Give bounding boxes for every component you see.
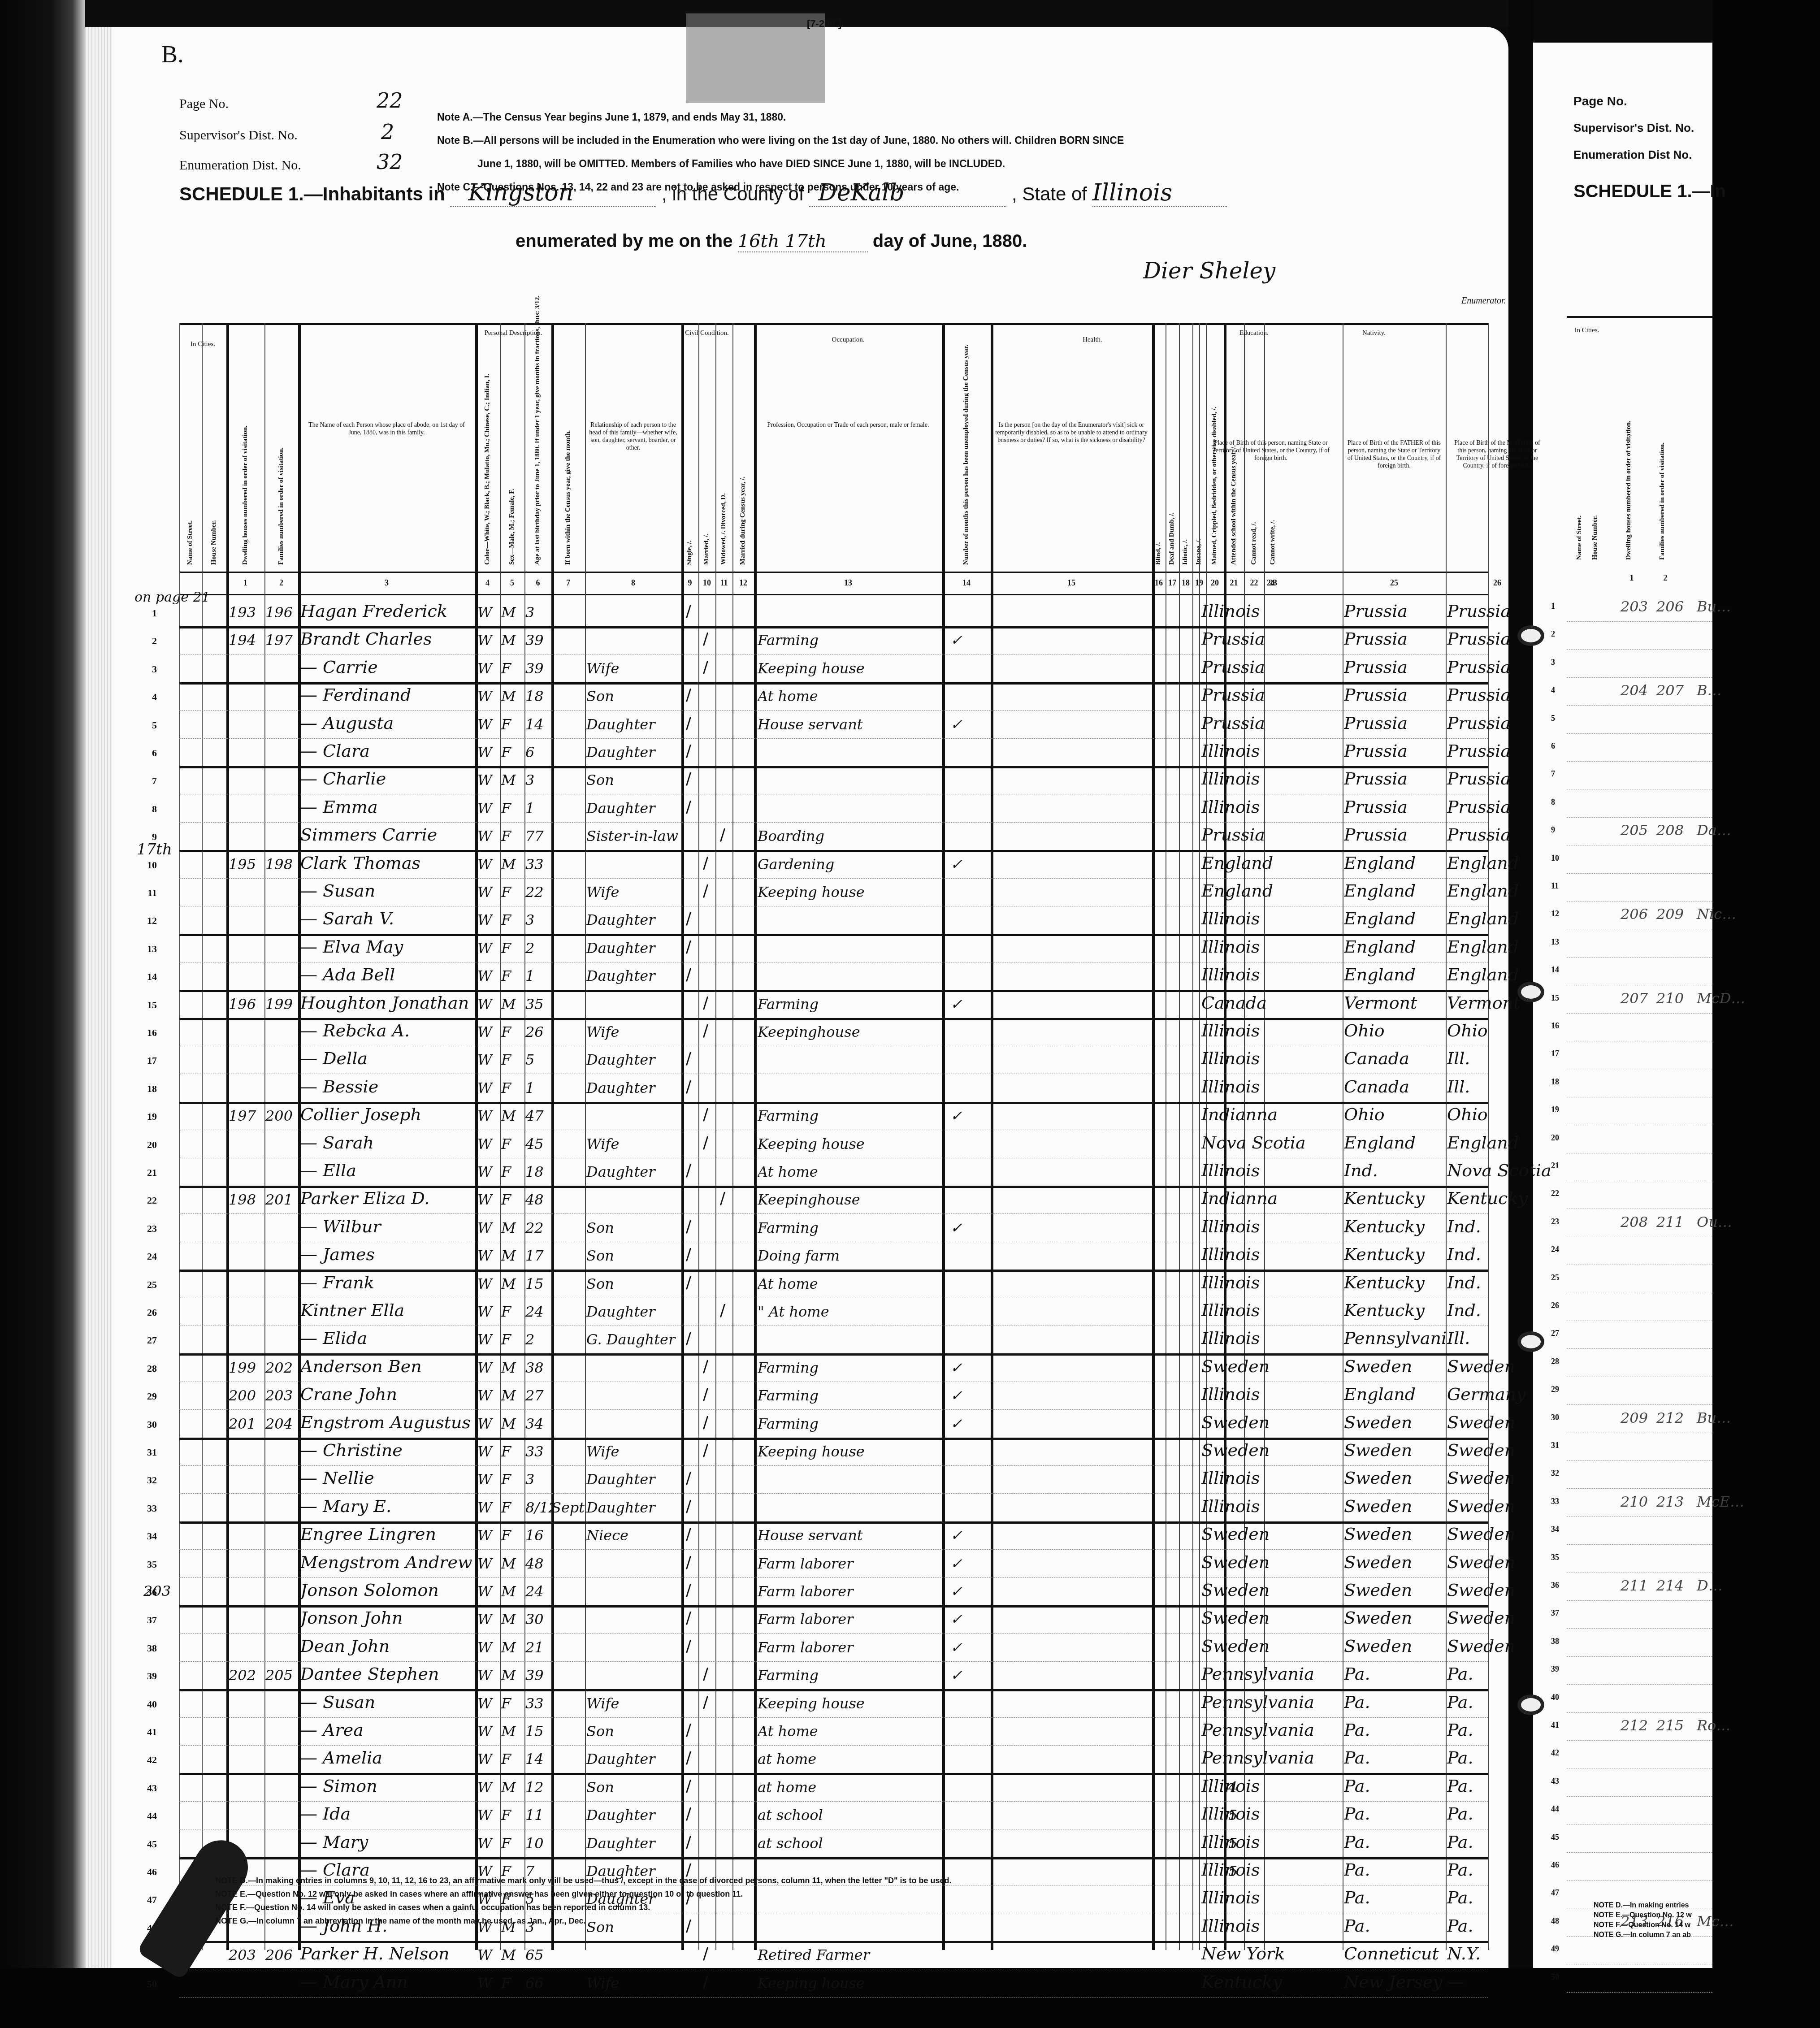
next-page-row: 40 — [1567, 1685, 1712, 1713]
column-number-24: 24 — [1199, 578, 1343, 588]
color-value: W — [477, 1975, 498, 1992]
person-name: — Mary E. — [300, 1496, 475, 1516]
table-row: 2194197Brandt CharlesWM39/Farming✓Prussi… — [179, 626, 1488, 654]
family-number: 201 — [265, 1191, 299, 1208]
civil-condition-mark: / — [703, 1441, 708, 1460]
form-letter: B. — [161, 40, 184, 68]
father-birthplace-value: England — [1344, 909, 1446, 928]
table-row: 38Dean JohnWM21/Farm laborer✓SwedenSwede… — [179, 1634, 1488, 1662]
mother-birthplace-value: Pa. — [1447, 1860, 1550, 1880]
person-name: — Area — [300, 1720, 475, 1740]
person-name: — Emma — [300, 797, 475, 817]
age-value: 47 — [525, 1107, 552, 1124]
next-colnum-1: 1 — [1625, 573, 1638, 583]
mother-birthplace-value: Prussia — [1447, 797, 1550, 817]
column-number-1: 1 — [226, 578, 264, 588]
civil-condition-mark: / — [703, 1413, 708, 1432]
father-birthplace-value: Pa. — [1344, 1776, 1446, 1796]
column-number-9: 9 — [681, 578, 698, 588]
civil-condition-mark: / — [703, 994, 708, 1012]
next-line-number: 21 — [1551, 1161, 1559, 1170]
person-name: — Elida — [300, 1328, 475, 1348]
next-page-row: 28 — [1567, 1349, 1712, 1377]
birthplace-value: Illinois — [1201, 741, 1343, 761]
next-page-row: 32 — [1567, 1460, 1712, 1489]
color-value: W — [477, 940, 498, 957]
next-family-value: 210 — [1656, 990, 1684, 1007]
next-page-row: 12206209Nic… — [1567, 901, 1712, 929]
relationship-value: Sister-in-law — [586, 828, 683, 845]
family-number: 202 — [265, 1359, 299, 1376]
column-header-16: Blind, /. — [1155, 350, 1162, 565]
age-value: 3 — [525, 604, 552, 621]
sex-value: M — [501, 856, 521, 873]
birthplace-value: Illinois — [1201, 1776, 1343, 1796]
next-page-row: 33210213McE… — [1567, 1489, 1712, 1517]
relationship-value: Daughter — [586, 800, 683, 817]
line-number: 12 — [143, 915, 157, 927]
next-page-row: 44 — [1567, 1796, 1712, 1824]
occupation-value: At home — [758, 1723, 941, 1740]
civil-condition-mark: / — [686, 938, 691, 956]
birthplace-value: Sweden — [1201, 1413, 1343, 1432]
mother-birthplace-value: Ill. — [1447, 1049, 1550, 1068]
next-line-number: 7 — [1551, 769, 1555, 779]
color-value: W — [477, 1583, 498, 1600]
next-col-family: Families numbered in order of visitation… — [1659, 349, 1666, 560]
civil-condition-mark: / — [703, 1693, 708, 1712]
next-name-value: Nic… — [1697, 906, 1736, 923]
supervisor-district-value: 2 — [381, 120, 394, 144]
mother-birthplace-value: Sweden — [1447, 1552, 1550, 1572]
family-number: 204 — [265, 1415, 299, 1432]
table-row: 32— NellieWF3Daughter/IllinoisSwedenSwed… — [179, 1465, 1488, 1494]
father-birthplace-value: New Jersey — [1344, 1972, 1446, 1992]
civil-condition-mark: / — [686, 1553, 691, 1572]
color-value: W — [477, 1303, 498, 1320]
line-number: 43 — [143, 1782, 157, 1794]
dwelling-number: 193 — [229, 604, 264, 621]
person-name: — Frank — [300, 1273, 475, 1292]
sex-value: F — [501, 1835, 521, 1852]
sex-value: F — [501, 716, 521, 733]
civil-condition-mark: / — [703, 658, 708, 676]
relationship-value: Wife — [586, 1695, 683, 1712]
birthplace-value: Sweden — [1201, 1524, 1343, 1544]
birthplace-value: Illinois — [1201, 1468, 1343, 1488]
line-number: 28 — [143, 1363, 157, 1374]
person-name: — Ada Bell — [300, 965, 475, 984]
next-line-number: 38 — [1551, 1637, 1559, 1646]
next-page-row: 49 — [1567, 1936, 1712, 1964]
family-number: 199 — [265, 996, 299, 1013]
age-value: 33 — [525, 1443, 552, 1460]
line-number: 1 — [143, 607, 157, 619]
relationship-value: Wife — [586, 1975, 683, 1992]
sex-value: F — [501, 1527, 521, 1544]
birthplace-value: Illinois — [1201, 1860, 1343, 1880]
unemployed-mark: ✓ — [950, 1639, 977, 1656]
next-line-number: 43 — [1551, 1777, 1559, 1786]
occupation-value: At home — [758, 688, 941, 705]
occupation-value: at school — [758, 1807, 941, 1824]
line-number: 15 — [143, 999, 157, 1011]
father-birthplace-value: Pa. — [1344, 1664, 1446, 1684]
person-name: — Della — [300, 1049, 475, 1068]
age-value: 12 — [525, 1779, 552, 1796]
next-page-table: In Cities. Name of Street. House Number.… — [1567, 316, 1712, 1945]
sex-value: M — [501, 688, 521, 705]
birthplace-value: Illinois — [1201, 965, 1343, 984]
birthplace-value: Illinois — [1201, 1804, 1343, 1824]
color-value: W — [477, 1359, 498, 1376]
father-birthplace-value: Pa. — [1344, 1832, 1446, 1852]
birthplace-value: Kentucky — [1201, 1972, 1343, 1992]
next-line-number: 14 — [1551, 965, 1559, 975]
next-page-row: 1203206Bu… — [1567, 594, 1712, 622]
occupation-value: Farming — [758, 1667, 941, 1684]
next-page-row: 50 — [1567, 1964, 1712, 1993]
next-line-number: 31 — [1551, 1441, 1559, 1450]
occupation-value: Farming — [758, 1387, 941, 1404]
column-number-12: 12 — [732, 578, 754, 588]
mother-birthplace-value: England — [1447, 881, 1550, 901]
next-name-value: Ou… — [1697, 1213, 1732, 1231]
line-number: 19 — [143, 1111, 157, 1122]
occupation-value: Keeping house — [758, 1443, 941, 1460]
father-birthplace-value: Pa. — [1344, 1888, 1446, 1907]
age-value: 33 — [525, 856, 552, 873]
mother-birthplace-value: Pa. — [1447, 1888, 1550, 1907]
line-number: 18 — [143, 1083, 157, 1095]
age-value: 34 — [525, 1415, 552, 1432]
next-line-number: 16 — [1551, 1021, 1559, 1031]
relationship-value: Son — [586, 688, 683, 705]
birthplace-value: Pennsylvania — [1201, 1720, 1343, 1740]
civil-condition-mark: / — [686, 1609, 691, 1627]
father-birthplace-value: Pennsylvania — [1344, 1328, 1446, 1348]
father-birthplace-value: Conneticut — [1344, 1944, 1446, 1963]
footer-note-f: NOTE F.—Question No. 14 will only be ask… — [215, 1901, 952, 1914]
relationship-value: Daughter — [586, 967, 683, 984]
age-value: 45 — [525, 1135, 552, 1153]
column-header-14: Number of months this person has been un… — [962, 350, 970, 565]
next-page-row: 46 — [1567, 1852, 1712, 1881]
sex-value: F — [501, 1191, 521, 1208]
binder-ring — [1517, 625, 1544, 646]
occupation-value: At home — [758, 1275, 941, 1292]
unemployed-mark: ✓ — [950, 716, 977, 733]
next-dwelling-value: 206 — [1621, 906, 1648, 923]
occupation-value: Keepinghouse — [758, 1191, 941, 1208]
color-value: W — [477, 660, 498, 677]
birthplace-value: Prussia — [1201, 629, 1343, 649]
relationship-value: Daughter — [586, 1751, 683, 1768]
color-value: W — [477, 828, 498, 845]
next-line-number: 3 — [1551, 658, 1555, 667]
birthplace-value: Illinois — [1201, 1244, 1343, 1264]
father-birthplace-value: Sweden — [1344, 1608, 1446, 1628]
birthplace-value: Prussia — [1201, 825, 1343, 845]
next-family-value: 207 — [1656, 682, 1684, 699]
color-value: W — [477, 1667, 498, 1684]
next-line-number: 37 — [1551, 1608, 1559, 1618]
age-value: 14 — [525, 1751, 552, 1768]
occupation-value: " At home — [758, 1303, 941, 1320]
family-number: 197 — [265, 632, 299, 649]
unemployed-mark: ✓ — [950, 1555, 977, 1572]
sex-value: M — [501, 1219, 521, 1236]
person-name: — Ida — [300, 1804, 475, 1824]
sex-value: F — [501, 1499, 521, 1516]
age-value: 39 — [525, 1667, 552, 1684]
next-page-row: 36211214D… — [1567, 1573, 1712, 1601]
column-header-13: Profession, Occupation or Trade of each … — [758, 421, 939, 429]
birthplace-value: Illinois — [1201, 1328, 1343, 1348]
state-value: Illinois — [1092, 179, 1227, 207]
column-header-6: Age at last birthday prior to June 1, 18… — [534, 350, 542, 565]
next-page-row: 8 — [1567, 789, 1712, 818]
line-number: 36 — [143, 1586, 157, 1598]
civil-condition-mark: / — [686, 1049, 691, 1068]
relationship-value: Daughter — [586, 1303, 683, 1320]
next-line-number: 18 — [1551, 1077, 1559, 1087]
father-birthplace-value: Sweden — [1344, 1440, 1446, 1460]
civil-condition-mark: / — [703, 882, 708, 900]
line-number: 22 — [143, 1195, 157, 1206]
line-number: 30 — [143, 1419, 157, 1430]
father-birthplace-value: Ind. — [1344, 1161, 1446, 1180]
line-number: 4 — [143, 691, 157, 703]
line-number: 17 — [143, 1055, 157, 1066]
birthplace-value: Indianna — [1201, 1105, 1343, 1124]
sex-value: F — [501, 1695, 521, 1712]
table-row: 12— Sarah V.WF3Daughter/IllinoisEnglandE… — [179, 906, 1488, 936]
column-header-7: If born within the Census year, give the… — [564, 350, 572, 565]
next-family-value: 206 — [1656, 598, 1684, 615]
mother-birthplace-value: England — [1447, 1133, 1550, 1153]
table-row: 24— JamesWM17Son/Doing farmIllinoisKentu… — [179, 1242, 1488, 1272]
note-b-cont: June 1, 1880, will be OMITTED. Members o… — [437, 152, 1124, 175]
next-page-row: 20 — [1567, 1125, 1712, 1153]
color-value: W — [477, 1079, 498, 1096]
next-page-row: 3 — [1567, 650, 1712, 678]
mother-birthplace-value: Sweden — [1447, 1524, 1550, 1544]
next-family-value: 209 — [1656, 906, 1684, 923]
birthplace-value: Illinois — [1201, 1273, 1343, 1292]
age-value: 22 — [525, 1219, 552, 1236]
table-row: 28199202Anderson BenWM38/Farming✓SwedenS… — [179, 1354, 1488, 1382]
color-value: W — [477, 1695, 498, 1712]
sex-value: M — [501, 996, 521, 1013]
civil-condition-mark: / — [686, 1721, 691, 1739]
line-number: 34 — [143, 1530, 157, 1542]
line-number: 21 — [143, 1167, 157, 1179]
column-number-10: 10 — [698, 578, 715, 588]
sex-value: M — [501, 1359, 521, 1376]
footer-note-d: NOTE D.—In making entries in columns 9, … — [215, 1874, 952, 1887]
birthplace-value: Illinois — [1201, 797, 1343, 817]
line-number: 38 — [143, 1642, 157, 1654]
column-header-18: Idiotic, /. — [1182, 350, 1189, 565]
birthplace-value: Illinois — [1201, 937, 1343, 957]
table-row: 23— WilburWM22Son/Farming✓IllinoisKentuc… — [179, 1214, 1488, 1242]
next-line-number: 33 — [1551, 1497, 1559, 1506]
civil-condition-mark: / — [703, 630, 708, 648]
mother-birthplace-value: Sweden — [1447, 1496, 1550, 1516]
line-number: 10 — [143, 859, 157, 871]
next-name-value: McD… — [1697, 990, 1745, 1007]
civil-condition-mark: / — [686, 1777, 691, 1795]
enumeration-district-field: Enumeration Dist. No. 32 — [179, 158, 301, 173]
relationship-value: Daughter — [586, 1079, 683, 1096]
sex-value: F — [501, 1135, 521, 1153]
age-value: 1 — [525, 800, 552, 817]
unemployed-mark: ✓ — [950, 996, 977, 1013]
column-header-15: Is the person [on the day of the Enumera… — [994, 421, 1148, 444]
next-line-number: 36 — [1551, 1581, 1559, 1590]
person-name: — Carrie — [300, 657, 475, 677]
next-dwelling-value: 207 — [1621, 990, 1648, 1007]
person-name: Parker Eliza D. — [300, 1188, 475, 1208]
father-birthplace-value: England — [1344, 1384, 1446, 1404]
civil-condition-mark: / — [686, 1218, 691, 1236]
occupation-value: at home — [758, 1779, 941, 1796]
page-number-field: Page No. 22 — [179, 96, 229, 112]
father-birthplace-value: Ohio — [1344, 1105, 1446, 1124]
color-value: W — [477, 744, 498, 761]
mother-birthplace-value: Prussia — [1447, 825, 1550, 845]
next-schedule-heading: SCHEDULE 1.—In — [1573, 182, 1726, 202]
column-number-13: 13 — [754, 578, 942, 588]
father-birthplace-value: Sweden — [1344, 1636, 1446, 1656]
mother-birthplace-value: Pa. — [1447, 1804, 1550, 1824]
birthplace-value: Pennsylvania — [1201, 1664, 1343, 1684]
relationship-value: Wife — [586, 1443, 683, 1460]
person-name: — Ella — [300, 1161, 475, 1180]
color-value: W — [477, 1387, 498, 1404]
civil-condition-mark: / — [686, 1329, 691, 1348]
page-number-value: 22 — [377, 88, 403, 113]
next-page-row: 21 — [1567, 1153, 1712, 1181]
next-page-row: 45 — [1567, 1824, 1712, 1853]
next-dwelling-value: 212 — [1621, 1717, 1648, 1734]
unemployed-mark: ✓ — [950, 1667, 977, 1684]
relationship-value: Son — [586, 1779, 683, 1796]
line-number: 3 — [143, 663, 157, 675]
father-birthplace-value: Prussia — [1344, 713, 1446, 733]
age-value: 18 — [525, 1163, 552, 1180]
father-birthplace-value: England — [1344, 1133, 1446, 1153]
column-number-25: 25 — [1343, 578, 1446, 588]
birthplace-value: Illinois — [1201, 1161, 1343, 1180]
age-value: 6 — [525, 744, 552, 761]
civil-condition-mark: / — [686, 686, 691, 704]
next-supervisor-label: Supervisor's Dist. No. — [1573, 121, 1694, 135]
occupation-value: Keeping house — [758, 660, 941, 677]
table-row: 19197200Collier JosephWM47/Farming✓India… — [179, 1102, 1488, 1130]
next-line-number: 11 — [1551, 881, 1559, 891]
relationship-value: Daughter — [586, 940, 683, 957]
margin-note-date: 17th — [137, 841, 172, 858]
column-number-18: 18 — [1179, 578, 1192, 588]
column-number-11: 11 — [715, 578, 732, 588]
birthplace-value: Sweden — [1201, 1356, 1343, 1376]
line-number: 33 — [143, 1503, 157, 1514]
color-value: W — [477, 800, 498, 817]
line-number: 25 — [143, 1279, 157, 1291]
next-line-number: 8 — [1551, 797, 1555, 807]
column-header-5: Sex—Male, M.; Female, F. — [508, 350, 516, 565]
mother-birthplace-value: Prussia — [1447, 657, 1550, 677]
column-number-6: 6 — [524, 578, 551, 588]
mother-birthplace-value: Ind. — [1447, 1217, 1550, 1236]
civil-condition-mark: / — [686, 1833, 691, 1851]
line-number: 14 — [143, 971, 157, 983]
color-value: W — [477, 771, 498, 789]
person-name: Engree Lingren — [300, 1524, 475, 1544]
father-birthplace-value: Pa. — [1344, 1692, 1446, 1712]
column-header-10: Married, /. — [703, 350, 711, 565]
next-page-row: 2 — [1567, 621, 1712, 650]
mother-birthplace-value: England — [1447, 853, 1550, 873]
dwelling-number: 202 — [229, 1667, 264, 1684]
next-page-number-label: Page No. — [1573, 94, 1627, 108]
mother-birthplace-value: Prussia — [1447, 741, 1550, 761]
mother-birthplace-value: Germany — [1447, 1384, 1550, 1404]
father-birthplace-value: Sweden — [1344, 1496, 1446, 1516]
column-header-2: Families numbered in order of visitation… — [277, 350, 285, 565]
father-birthplace-value: Pa. — [1344, 1916, 1446, 1936]
next-name-value: Bu… — [1697, 598, 1731, 615]
line-number: 35 — [143, 1559, 157, 1570]
person-name: Simmers Carrie — [300, 825, 475, 845]
table-row: 16— Rebcka A.WF26Wife/KeepinghouseIllino… — [179, 1018, 1488, 1046]
birthplace-value: Sweden — [1201, 1636, 1343, 1656]
person-name: — Nellie — [300, 1468, 475, 1488]
occupation-value: Keeping house — [758, 1695, 941, 1712]
civil-condition-mark: / — [686, 910, 691, 928]
unemployed-mark: ✓ — [950, 856, 977, 873]
occupation-value: House servant — [758, 1527, 941, 1544]
table-row: 3— CarrieWF39Wife/Keeping housePrussiaPr… — [179, 654, 1488, 685]
column-number-8: 8 — [585, 578, 681, 588]
father-birthplace-value: Prussia — [1344, 797, 1446, 817]
next-page-row: 34 — [1567, 1517, 1712, 1545]
next-line-number: 15 — [1551, 993, 1559, 1003]
next-name-value: Mc… — [1697, 1913, 1734, 1930]
occupation-value: Keeping house — [758, 1975, 941, 1992]
father-birthplace-value: Sweden — [1344, 1468, 1446, 1488]
mother-birthplace-value: Kentucky — [1447, 1188, 1550, 1208]
civil-condition-mark: / — [686, 1161, 691, 1180]
table-row: 34Engree LingrenWF16Niece/House servant✓… — [179, 1521, 1488, 1550]
father-birthplace-value: Vermont — [1344, 993, 1446, 1013]
age-value: 22 — [525, 884, 552, 901]
next-line-number: 39 — [1551, 1664, 1559, 1674]
line-number: 20 — [143, 1139, 157, 1151]
table-row: 31— ChristineWF33Wife/Keeping houseSwede… — [179, 1438, 1488, 1466]
civil-condition-mark: / — [686, 1469, 691, 1487]
mother-birthplace-value: Prussia — [1447, 685, 1550, 705]
sex-value: F — [501, 1471, 521, 1488]
line-number: 27 — [143, 1335, 157, 1346]
father-birthplace-value: Kentucky — [1344, 1273, 1446, 1292]
person-name: Collier Joseph — [300, 1105, 475, 1124]
next-page-row: 30209212Bu… — [1567, 1405, 1712, 1433]
line-number: 45 — [143, 1838, 157, 1850]
birthplace-value: Illinois — [1201, 601, 1343, 621]
